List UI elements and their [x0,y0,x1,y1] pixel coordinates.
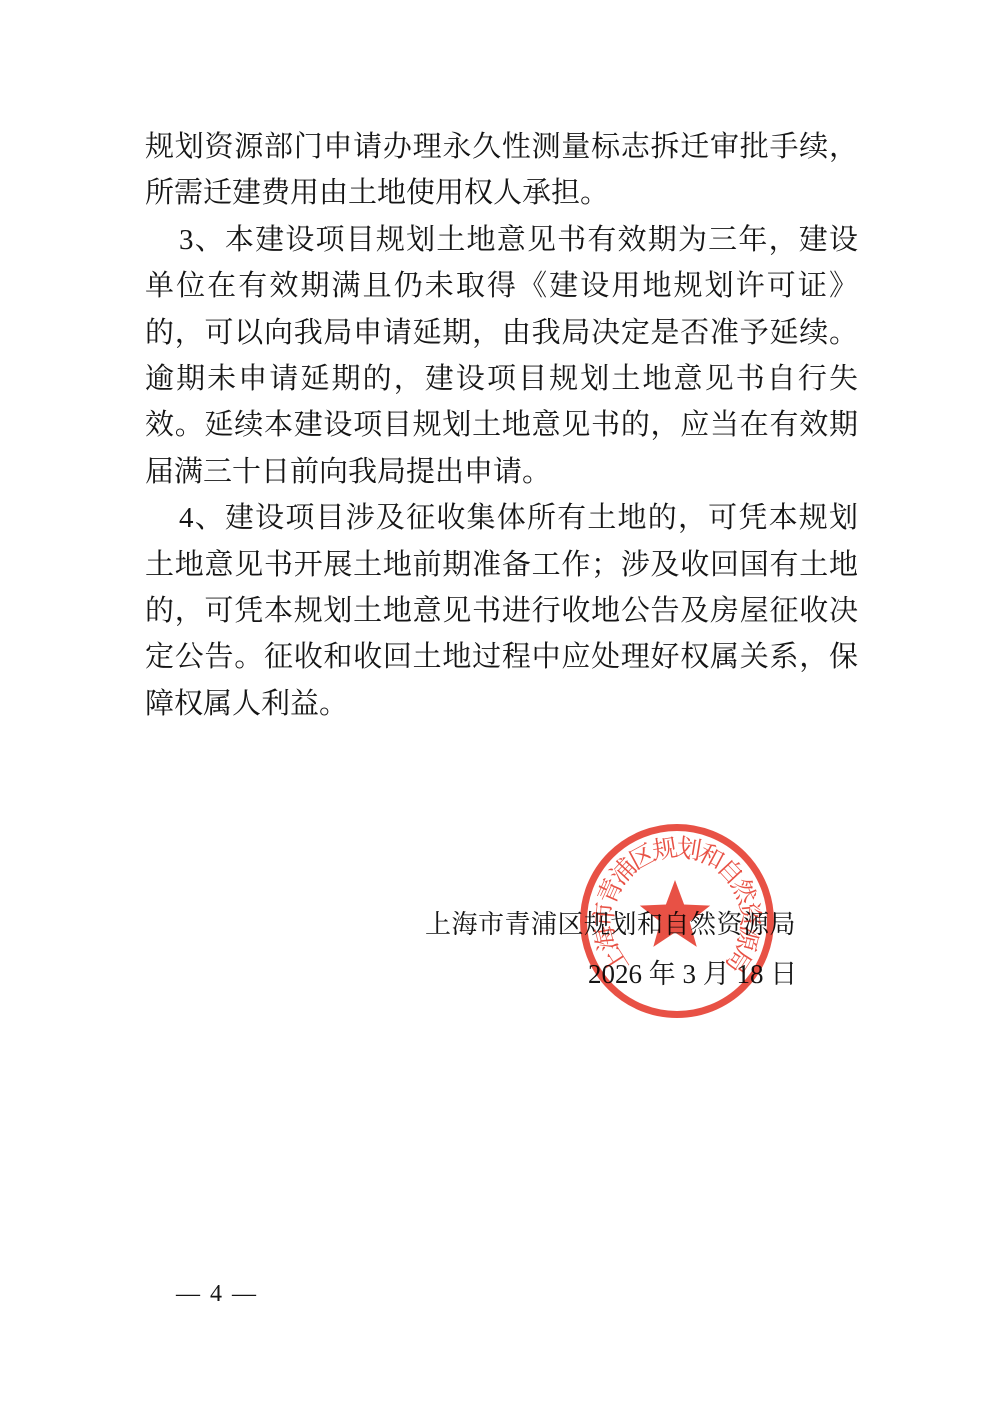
seal-text-char: 然 [725,874,761,909]
document-page: 规划资源部门申请办理永久性测量标志拆迁审批手续，所需迁建费用由土地使用权人承担。… [0,0,992,1403]
seal-text-char: 浦 [605,853,643,890]
seal-text-char: 规 [650,834,679,866]
document-body: 规划资源部门申请办理永久性测量标志拆迁审批手续，所需迁建费用由土地使用权人承担。… [145,124,858,727]
seal-text-char: 划 [674,834,703,866]
paragraph-item-3: 3、本建设项目规划土地意见书有效期为三年，建设单位在有效期满且仍未取得《建设用地… [145,217,858,495]
seal-text-char: 区 [625,840,660,876]
seal-text-char: 和 [694,839,729,876]
page-number: — 4 — [176,1278,258,1310]
issuer-signature: 上海市青浦区规划和自然资源局 [425,908,796,942]
paragraph-continuation: 规划资源部门申请办理永久性测量标志拆迁审批手续，所需迁建费用由土地使用权人承担。 [145,124,858,217]
paragraph-item-4: 4、建设项目涉及征收集体所有土地的，可凭本规划土地意见书开展土地前期准备工作；涉… [145,495,858,727]
seal-text-char: 青 [593,874,629,908]
issue-date: 2026 年 3 月 18 日 [588,956,797,992]
seal-text-char: 自 [711,853,749,890]
